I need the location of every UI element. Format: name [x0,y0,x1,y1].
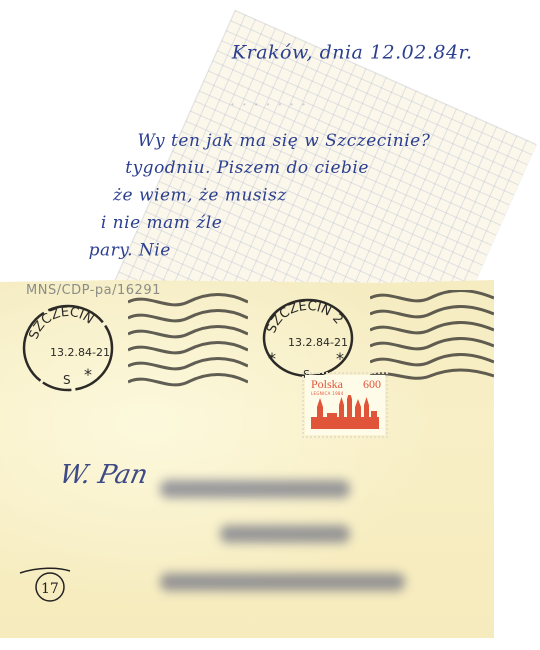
svg-text:13.2.84-21: 13.2.84-21 [50,346,110,359]
svg-text:SZCZECIN 2: SZCZECIN 2 [264,299,346,336]
postage-stamp: Polska 600 LEGNICA 1984 [305,375,385,435]
letter-line-faint: · · · · · · · [230,95,307,115]
svg-text:S: S [63,373,71,387]
city-skyline-icon [309,395,381,431]
svg-text:13.2.84-21: 13.2.84-21 [288,336,348,349]
letter-line: pary. Nie [89,240,171,260]
letter-line: że wiem, że musisz [113,186,287,206]
wavy-cancellation [128,292,248,396]
svg-text:17: 17 [41,581,59,597]
letter-line: i nie mam źle [101,213,222,233]
letter-line: tygodniu. Piszem do ciebie [125,158,369,178]
circle-mark: 17 [18,565,78,609]
envelope: MNS/CDP-pa/16291 SZCZECIN 13.2.84-21 S * [0,280,494,638]
postmark-szczecin: SZCZECIN 13.2.84-21 S * [18,298,118,398]
svg-text:*: * [336,349,344,368]
letter-header: Kraków, dnia 12.02.84r. [232,41,473,63]
wavy-cancellation [370,290,494,386]
svg-text:*: * [268,349,276,368]
postmark-szczecin-2: SZCZECIN 2 13.2.84-21 * * S [258,294,358,384]
svg-text:*: * [84,365,92,384]
stamp-value: 600 [363,377,381,392]
letter-line: Wy ten jak ma się w Szczecinie? [137,131,430,151]
blurred-address [150,465,410,615]
sender-note: W. Pan [57,460,151,490]
stamp-country: Polska [311,377,343,392]
